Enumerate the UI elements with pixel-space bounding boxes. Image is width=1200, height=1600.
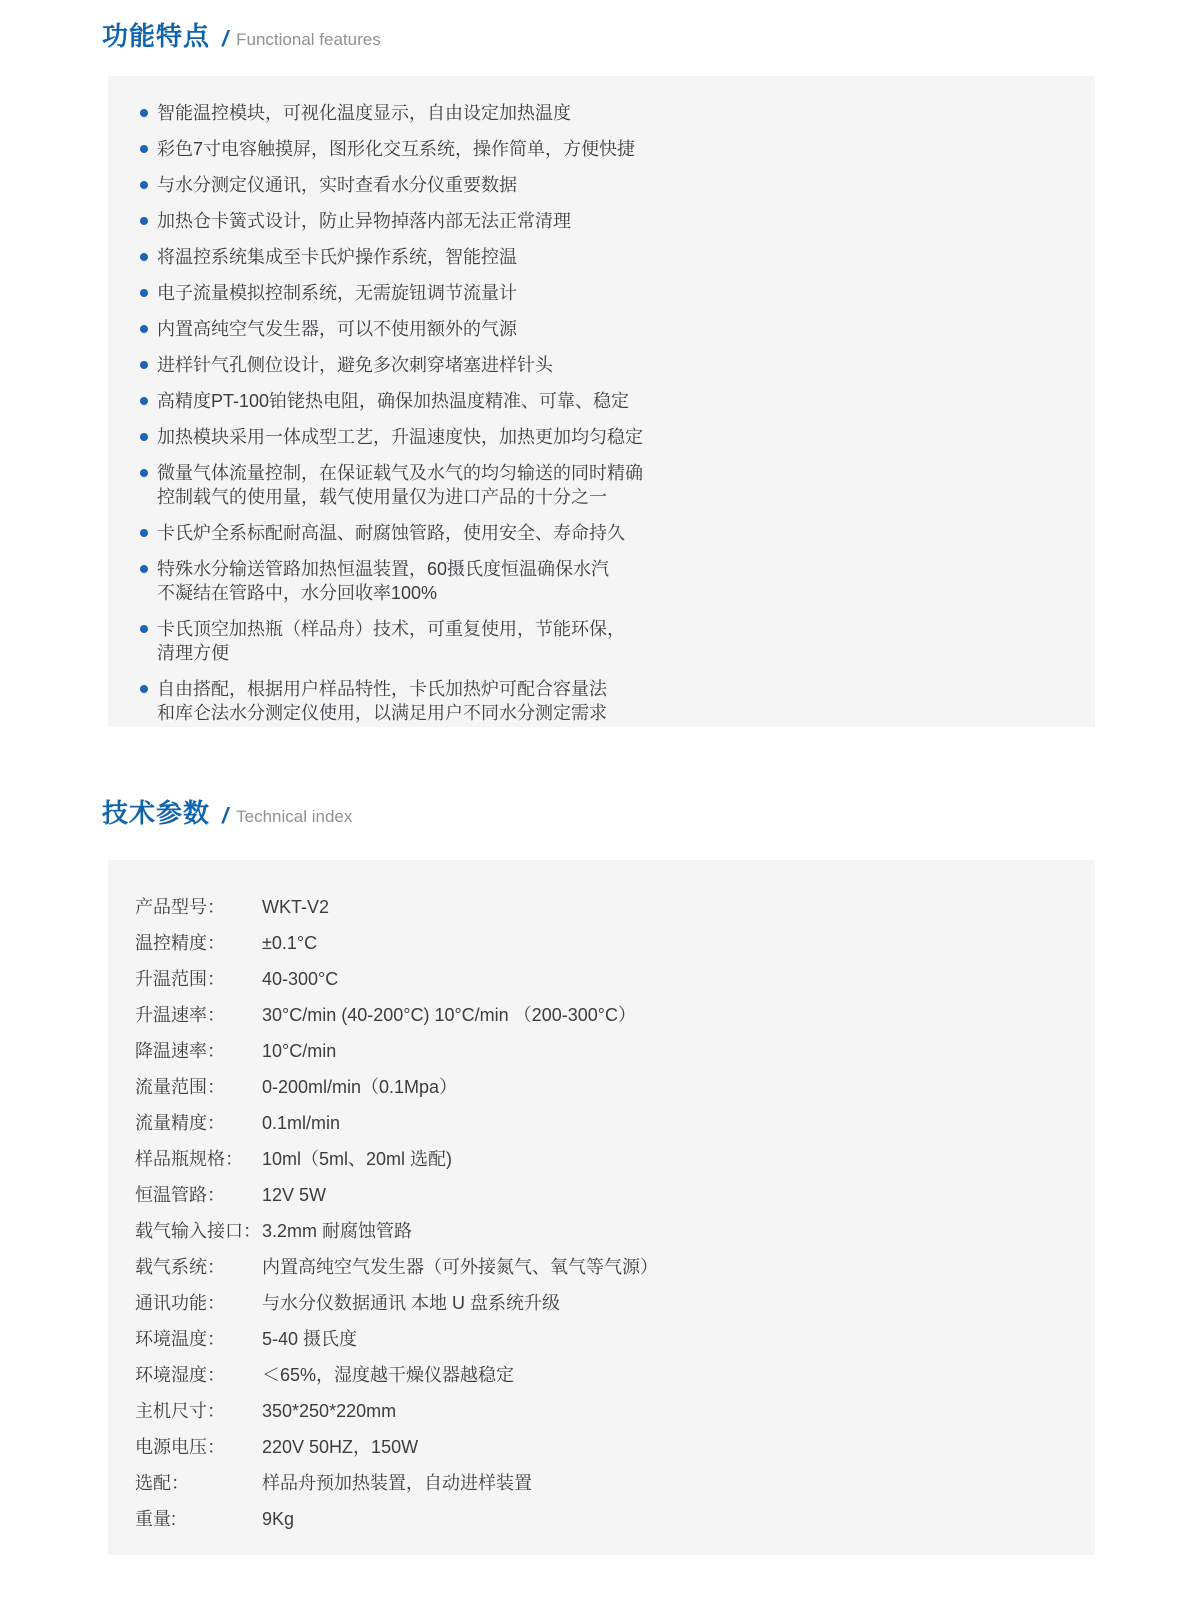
spec-row: 产品型号：WKT-V2 [135, 897, 1065, 917]
feature-item: 智能温控模块，可视化温度显示，自由设定加热温度 [157, 101, 1055, 125]
spec-label: 通讯功能： [135, 1293, 262, 1313]
spec-value: ＜65%，湿度越干燥仪器越稳定 [262, 1365, 1065, 1385]
bullet-dot-icon [140, 145, 148, 153]
feature-text: 彩色7寸电容触摸屏，图形化交互系统，操作简单，方便快捷 [157, 139, 635, 159]
bullet-dot-icon [140, 325, 148, 333]
spec-value: 10°C/min [262, 1041, 1065, 1061]
feature-text: 加热仓卡簧式设计，防止异物掉落内部无法正常清理 [157, 211, 571, 231]
spec-row: 载气输入接口：3.2mm 耐腐蚀管路 [135, 1221, 1065, 1241]
bullet-dot-icon [140, 289, 148, 297]
features-panel: 智能温控模块，可视化温度显示，自由设定加热温度 彩色7寸电容触摸屏，图形化交互系… [108, 76, 1095, 727]
bullet-dot-icon [140, 181, 148, 189]
spec-value: 9Kg [262, 1509, 1065, 1529]
spec-label: 载气输入接口： [135, 1221, 262, 1241]
spec-label: 重量: [135, 1509, 262, 1529]
bullet-dot-icon [140, 361, 148, 369]
feature-text: 内置高纯空气发生器，可以不使用额外的气源 [157, 319, 517, 339]
bullet-dot-icon [140, 625, 148, 633]
feature-item: 与水分测定仪通讯，实时查看水分仪重要数据 [157, 173, 1055, 197]
bullet-dot-icon [140, 529, 148, 537]
spec-value: 220V 50HZ，150W [262, 1437, 1065, 1457]
spec-label: 升温范围： [135, 969, 262, 989]
spec-value: 12V 5W [262, 1185, 1065, 1205]
specs-title-en: Technical index [236, 806, 352, 829]
spec-row: 电源电压：220V 50HZ，150W [135, 1437, 1065, 1457]
specs-section-header: 技术参数 / Technical index [102, 799, 352, 829]
spec-value: 40-300°C [262, 969, 1065, 989]
spec-row: 环境温度：5-40 摄氏度 [135, 1329, 1065, 1349]
spec-label: 产品型号： [135, 897, 262, 917]
features-title-zh: 功能特点 [102, 22, 210, 52]
bullet-dot-icon [140, 469, 148, 477]
spec-row: 重量:9Kg [135, 1509, 1065, 1529]
spec-label: 环境湿度： [135, 1365, 262, 1385]
feature-text: 特殊水分输送管路加热恒温装置，60摄氏度恒温确保水汽 不凝结在管路中，水分回收率… [157, 559, 609, 603]
feature-item: 加热仓卡簧式设计，防止异物掉落内部无法正常清理 [157, 209, 1055, 233]
spec-label: 流量范围： [135, 1077, 262, 1097]
feature-item: 内置高纯空气发生器，可以不使用额外的气源 [157, 317, 1055, 341]
feature-item: 将温控系统集成至卡氏炉操作系统，智能控温 [157, 245, 1055, 269]
feature-item: 微量气体流量控制，在保证载气及水气的均匀输送的同时精确 控制载气的使用量，载气使… [157, 461, 1055, 509]
feature-text: 将温控系统集成至卡氏炉操作系统，智能控温 [157, 247, 517, 267]
spec-label: 主机尺寸： [135, 1401, 262, 1421]
spec-value: 0.1ml/min [262, 1113, 1065, 1133]
feature-item: 卡氏炉全系标配耐高温、耐腐蚀管路，使用安全、寿命持久 [157, 521, 1055, 545]
feature-text: 智能温控模块，可视化温度显示，自由设定加热温度 [157, 103, 571, 123]
feature-item: 进样针气孔侧位设计，避免多次刺穿堵塞进样针头 [157, 353, 1055, 377]
feature-item: 彩色7寸电容触摸屏，图形化交互系统，操作简单，方便快捷 [157, 137, 1055, 161]
bullet-dot-icon [140, 433, 148, 441]
bullet-dot-icon [140, 109, 148, 117]
feature-list: 智能温控模块，可视化温度显示，自由设定加热温度 彩色7寸电容触摸屏，图形化交互系… [108, 101, 1055, 725]
spec-label: 流量精度： [135, 1113, 262, 1133]
spec-value: 350*250*220mm [262, 1401, 1065, 1421]
bullet-dot-icon [140, 253, 148, 261]
spec-label: 降温速率： [135, 1041, 262, 1061]
spec-label: 选配： [135, 1473, 262, 1493]
feature-text: 与水分测定仪通讯，实时查看水分仪重要数据 [157, 175, 517, 195]
feature-item: 加热模块采用一体成型工艺，升温速度快，加热更加均匀稳定 [157, 425, 1055, 449]
spec-label: 电源电压： [135, 1437, 262, 1457]
spec-value: 3.2mm 耐腐蚀管路 [262, 1221, 1065, 1241]
spec-value: 30°C/min (40-200°C) 10°C/min （200-300°C） [262, 1005, 1065, 1025]
spec-value: 0-200ml/min（0.1Mpa） [262, 1077, 1065, 1097]
spec-row: 载气系统：内置高纯空气发生器（可外接氮气、氧气等气源） [135, 1257, 1065, 1277]
feature-text: 微量气体流量控制，在保证载气及水气的均匀输送的同时精确 控制载气的使用量，载气使… [157, 463, 643, 507]
spec-row: 升温速率：30°C/min (40-200°C) 10°C/min （200-3… [135, 1005, 1065, 1025]
spec-row: 降温速率：10°C/min [135, 1041, 1065, 1061]
feature-item: 电子流量模拟控制系统，无需旋钮调节流量计 [157, 281, 1055, 305]
spec-row: 温控精度：±0.1°C [135, 933, 1065, 953]
product-detail-page: 功能特点 / Functional features 智能温控模块，可视化温度显… [0, 0, 1200, 1600]
spec-row: 升温范围：40-300°C [135, 969, 1065, 989]
feature-text: 卡氏炉全系标配耐高温、耐腐蚀管路，使用安全、寿命持久 [157, 523, 625, 543]
features-title-en: Functional features [236, 29, 381, 52]
bullet-dot-icon [140, 685, 148, 693]
spec-label: 升温速率： [135, 1005, 262, 1025]
specs-title-zh: 技术参数 [102, 799, 210, 829]
feature-item: 自由搭配，根据用户样品特性，卡氏加热炉可配合容量法 和库仑法水分测定仪使用，以满… [157, 677, 1055, 725]
spec-row: 环境湿度：＜65%，湿度越干燥仪器越稳定 [135, 1365, 1065, 1385]
spec-row: 选配：样品舟预加热装置，自动进样装置 [135, 1473, 1065, 1493]
features-section-header: 功能特点 / Functional features [102, 22, 381, 52]
feature-item: 高精度PT-100铂铑热电阻，确保加热温度精准、可靠、稳定 [157, 389, 1055, 413]
spec-value: ±0.1°C [262, 933, 1065, 953]
spec-label: 环境温度： [135, 1329, 262, 1349]
spec-value: 5-40 摄氏度 [262, 1329, 1065, 1349]
spec-value: 10ml（5ml、20ml 选配) [262, 1149, 1065, 1169]
bullet-dot-icon [140, 217, 148, 225]
slash-separator-icon: / [222, 803, 228, 829]
spec-label: 载气系统： [135, 1257, 262, 1277]
spec-value: 样品舟预加热装置，自动进样装置 [262, 1473, 1065, 1493]
feature-text: 自由搭配，根据用户样品特性，卡氏加热炉可配合容量法 和库仑法水分测定仪使用，以满… [157, 679, 607, 723]
spec-row: 流量精度：0.1ml/min [135, 1113, 1065, 1133]
bullet-dot-icon [140, 565, 148, 573]
spec-label: 温控精度： [135, 933, 262, 953]
spec-value: 与水分仪数据通讯 本地 U 盘系统升级 [262, 1293, 1065, 1313]
spec-label: 恒温管路： [135, 1185, 262, 1205]
feature-text: 进样针气孔侧位设计，避免多次刺穿堵塞进样针头 [157, 355, 553, 375]
spec-row: 流量范围：0-200ml/min（0.1Mpa） [135, 1077, 1065, 1097]
spec-value: 内置高纯空气发生器（可外接氮气、氧气等气源） [262, 1257, 1065, 1277]
feature-text: 卡氏顶空加热瓶（样品舟）技术，可重复使用，节能环保， 清理方便 [157, 619, 625, 663]
spec-value: WKT-V2 [262, 897, 1065, 917]
feature-text: 高精度PT-100铂铑热电阻，确保加热温度精准、可靠、稳定 [157, 391, 629, 411]
feature-text: 电子流量模拟控制系统，无需旋钮调节流量计 [157, 283, 517, 303]
feature-text: 加热模块采用一体成型工艺，升温速度快，加热更加均匀稳定 [157, 427, 643, 447]
feature-item: 特殊水分输送管路加热恒温装置，60摄氏度恒温确保水汽 不凝结在管路中，水分回收率… [157, 557, 1055, 605]
bullet-dot-icon [140, 397, 148, 405]
feature-item: 卡氏顶空加热瓶（样品舟）技术，可重复使用，节能环保， 清理方便 [157, 617, 1055, 665]
spec-row: 样品瓶规格：10ml（5ml、20ml 选配) [135, 1149, 1065, 1169]
spec-label: 样品瓶规格： [135, 1149, 262, 1169]
spec-row: 恒温管路：12V 5W [135, 1185, 1065, 1205]
slash-separator-icon: / [222, 26, 228, 52]
specs-panel: 产品型号：WKT-V2 温控精度：±0.1°C 升温范围：40-300°C 升温… [108, 860, 1095, 1555]
spec-row: 通讯功能：与水分仪数据通讯 本地 U 盘系统升级 [135, 1293, 1065, 1313]
spec-row: 主机尺寸：350*250*220mm [135, 1401, 1065, 1421]
